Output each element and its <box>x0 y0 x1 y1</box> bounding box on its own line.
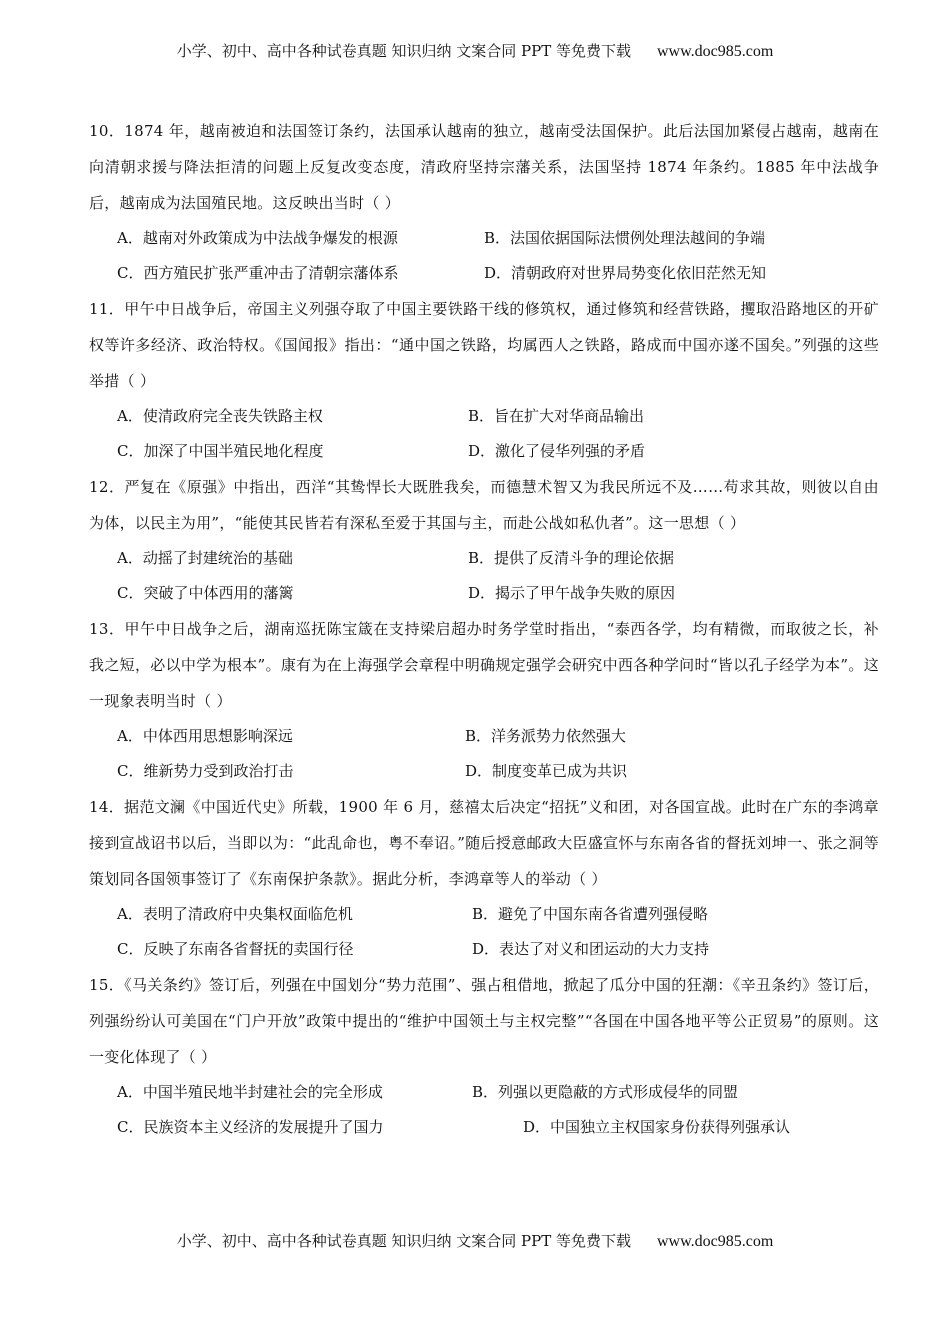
option-a[interactable]: A．动摇了封建统治的基础 <box>117 541 293 576</box>
options-row-2: C．维新势力受到政治打击 D．制度变革已成为共识 <box>89 754 879 789</box>
header-text: 小学、初中、高中各种试卷真题 知识归纳 文案合同 PPT 等免费下载 <box>177 42 631 60</box>
option-d[interactable]: D．制度变革已成为共识 <box>465 754 627 789</box>
option-a[interactable]: A．越南对外政策成为中法战争爆发的根源 <box>117 221 398 256</box>
question-10: 10．1874 年，越南被迫和法国签订条约，法国承认越南的独立，越南受法国保护。… <box>89 113 879 291</box>
option-d[interactable]: D．揭示了甲午战争失败的原因 <box>468 576 675 611</box>
option-c[interactable]: C．突破了中体西用的藩篱 <box>117 576 293 611</box>
options-row-1: A．使清政府完全丧失铁路主权 B．旨在扩大对华商品输出 <box>89 399 879 434</box>
question-stem: 12．严复在《原强》中指出，西洋“其鸷悍长大既胜我矣，而德慧术智又为我民所远不及… <box>89 469 879 541</box>
options-row-2: C．反映了东南各省督抚的卖国行径 D．表达了对义和团运动的大力支持 <box>89 932 879 967</box>
option-b[interactable]: B．避免了中国东南各省遭列强侵略 <box>472 897 708 932</box>
question-14: 14．据范文澜《中国近代史》所载，1900 年 6 月，慈禧太后决定“招抚”义和… <box>89 789 879 967</box>
header-url[interactable]: www.doc985.com <box>657 43 773 60</box>
options-row-1: A．中体西用思想影响深远 B．洋务派势力依然强大 <box>89 719 879 754</box>
question-13: 13．甲午中日战争之后，湖南巡抚陈宝箴在支持梁启超办时务学堂时指出，“泰西各学，… <box>89 611 879 789</box>
question-11: 11．甲午中日战争后，帝国主义列强夺取了中国主要铁路干线的修筑权，通过修筑和经营… <box>89 291 879 469</box>
option-c[interactable]: C．民族资本主义经济的发展提升了国力 <box>117 1110 383 1145</box>
option-b[interactable]: B．旨在扩大对华商品输出 <box>468 399 644 434</box>
option-c[interactable]: C．维新势力受到政治打击 <box>117 754 293 789</box>
question-stem: 11．甲午中日战争后，帝国主义列强夺取了中国主要铁路干线的修筑权，通过修筑和经营… <box>89 291 879 399</box>
options-row-2: C．加深了中国半殖民地化程度 D．激化了侵华列强的矛盾 <box>89 434 879 469</box>
options-row-2: C．民族资本主义经济的发展提升了国力 D．中国独立主权国家身份获得列强承认 <box>89 1110 879 1145</box>
question-list: 10．1874 年，越南被迫和法国签订条约，法国承认越南的独立，越南受法国保护。… <box>89 113 879 1145</box>
options-row-1: A．中国半殖民地半封建社会的完全形成 B．列强以更隐蔽的方式形成侵华的同盟 <box>89 1075 879 1110</box>
option-d[interactable]: D．激化了侵华列强的矛盾 <box>468 434 645 469</box>
option-c[interactable]: C．加深了中国半殖民地化程度 <box>117 434 323 469</box>
question-12: 12．严复在《原强》中指出，西洋“其鸷悍长大既胜我矣，而德慧术智又为我民所远不及… <box>89 469 879 611</box>
question-stem: 14．据范文澜《中国近代史》所载，1900 年 6 月，慈禧太后决定“招抚”义和… <box>89 789 879 897</box>
option-a[interactable]: A．使清政府完全丧失铁路主权 <box>117 399 323 434</box>
option-b[interactable]: B．提供了反清斗争的理论依据 <box>468 541 674 576</box>
option-d[interactable]: D．中国独立主权国家身份获得列强承认 <box>523 1110 790 1145</box>
question-stem: 13．甲午中日战争之后，湖南巡抚陈宝箴在支持梁启超办时务学堂时指出，“泰西各学，… <box>89 611 879 719</box>
option-b[interactable]: B．法国依据国际法惯例处理法越间的争端 <box>484 221 765 256</box>
option-a[interactable]: A．中体西用思想影响深远 <box>117 719 293 754</box>
options-row-1: A．越南对外政策成为中法战争爆发的根源 B．法国依据国际法惯例处理法越间的争端 <box>89 221 879 256</box>
footer-text: 小学、初中、高中各种试卷真题 知识归纳 文案合同 PPT 等免费下载 <box>177 1232 631 1250</box>
option-d[interactable]: D．清朝政府对世界局势变化依旧茫然无知 <box>484 256 766 291</box>
question-stem: 10．1874 年，越南被迫和法国签订条约，法国承认越南的独立，越南受法国保护。… <box>89 113 879 221</box>
option-a[interactable]: A．中国半殖民地半封建社会的完全形成 <box>117 1075 383 1110</box>
options-row-2: C．西方殖民扩张严重冲击了清朝宗藩体系 D．清朝政府对世界局势变化依旧茫然无知 <box>89 256 879 291</box>
options-row-2: C．突破了中体西用的藩篱 D．揭示了甲午战争失败的原因 <box>89 576 879 611</box>
options-row-1: A．表明了清政府中央集权面临危机 B．避免了中国东南各省遭列强侵略 <box>89 897 879 932</box>
page-footer: 小学、初中、高中各种试卷真题 知识归纳 文案合同 PPT 等免费下载www.do… <box>0 1230 950 1251</box>
option-c[interactable]: C．反映了东南各省督抚的卖国行径 <box>117 932 353 967</box>
footer-url[interactable]: www.doc985.com <box>657 1233 773 1250</box>
option-a[interactable]: A．表明了清政府中央集权面临危机 <box>117 897 353 932</box>
question-stem: 15．《马关条约》签订后，列强在中国划分“势力范围”、强占租借地，掀起了瓜分中国… <box>89 967 879 1075</box>
options-row-1: A．动摇了封建统治的基础 B．提供了反清斗争的理论依据 <box>89 541 879 576</box>
option-c[interactable]: C．西方殖民扩张严重冲击了清朝宗藩体系 <box>117 256 398 291</box>
option-b[interactable]: B．列强以更隐蔽的方式形成侵华的同盟 <box>472 1075 738 1110</box>
option-d[interactable]: D．表达了对义和团运动的大力支持 <box>472 932 709 967</box>
option-b[interactable]: B．洋务派势力依然强大 <box>465 719 626 754</box>
question-15: 15．《马关条约》签订后，列强在中国划分“势力范围”、强占租借地，掀起了瓜分中国… <box>89 967 879 1145</box>
page-header: 小学、初中、高中各种试卷真题 知识归纳 文案合同 PPT 等免费下载www.do… <box>0 40 950 61</box>
